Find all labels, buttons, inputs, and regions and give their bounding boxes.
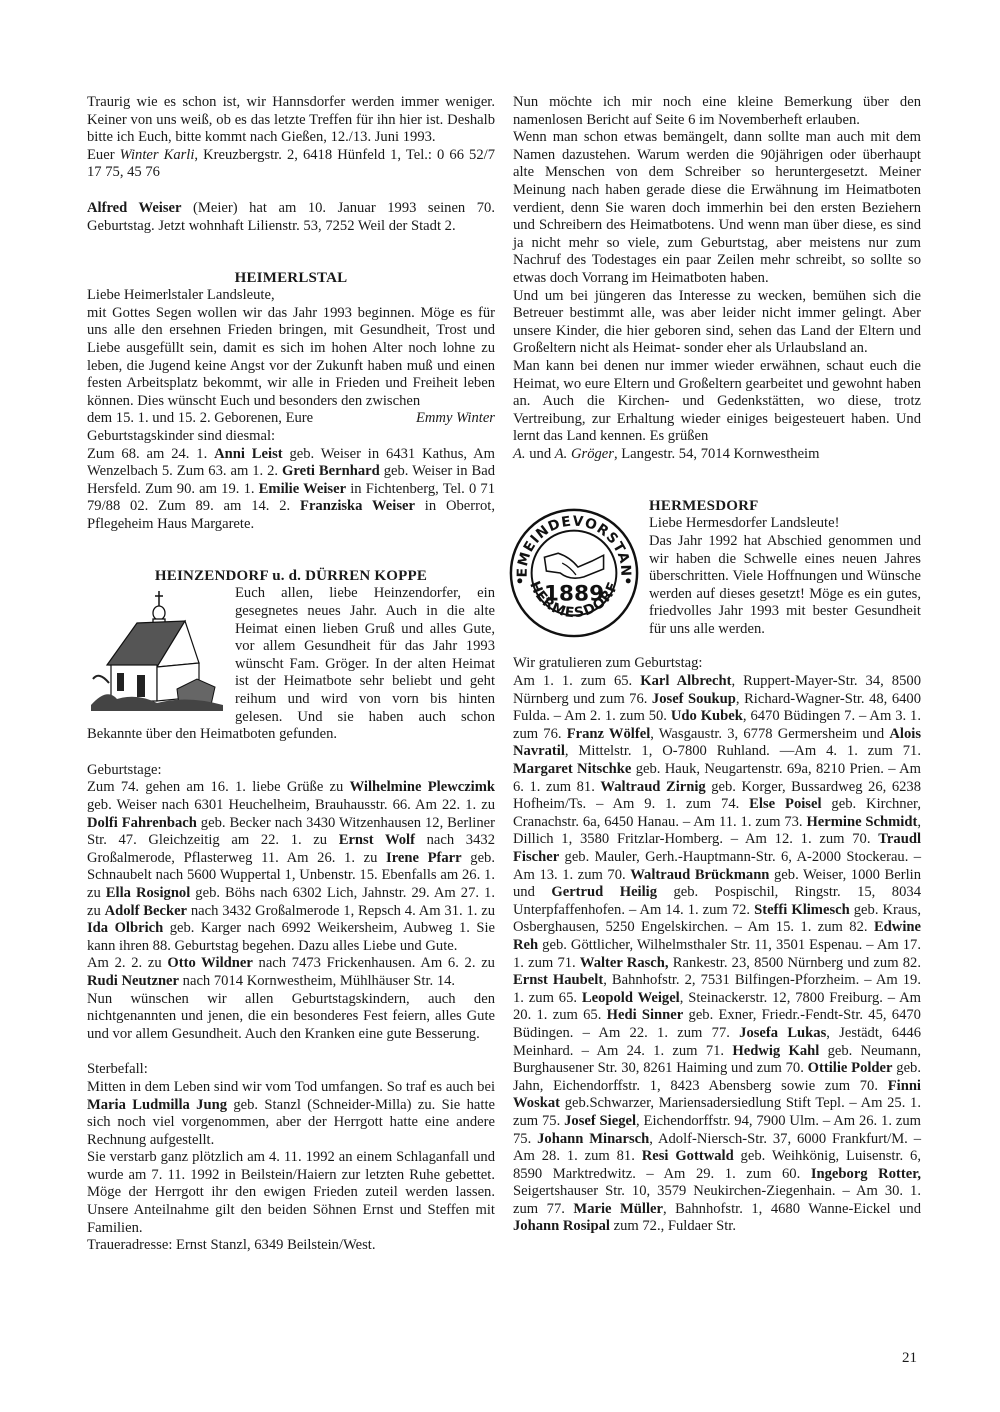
person-name: Ella Rosignol <box>106 885 191 901</box>
person-name: Margaret Nitschke <box>513 761 631 777</box>
death-notice-label: Sterbefall: <box>87 1061 495 1079</box>
person-name: Edwine Reh <box>513 919 921 953</box>
letter-paragraph-2: Wenn man schon etwas bemängelt, dann sol… <box>513 129 921 287</box>
heinzendorf-birthdays: Zum 74. gehen am 16. 1. liebe Grüße zu W… <box>87 779 495 955</box>
mourning-address: Traueradresse: Ernst Stanzl, 6349 Beilst… <box>87 1237 495 1255</box>
person-name: Ottilie Polder <box>808 1060 893 1076</box>
person-name: Josef Soukup <box>652 691 736 707</box>
hermesdorf-birthdays: Am 1. 1. zum 65. Karl Albrecht, Ruppert-… <box>513 673 921 1236</box>
section-heading-heinzendorf: HEINZENDORF u. d. DÜRREN KOPPE <box>87 567 495 585</box>
letter-signature: A. und A. Gröger, Langestr. 54, 7014 Kor… <box>513 446 921 464</box>
page-number: 21 <box>902 1350 917 1367</box>
heinzendorf-birthdays-label: Geburtstage: <box>87 762 495 780</box>
heimerlstal-birthdays: Zum 68. am 24. 1. Anni Leist geb. Weiser… <box>87 446 495 534</box>
heimerlstal-greeting: Liebe Heimerlstaler Landsleute, <box>87 287 495 305</box>
municipal-seal-icon: GEMEINDEVORSTAND HERMESDORF 1889 <box>505 501 643 641</box>
person-name: Adolf Becker <box>105 903 187 919</box>
death-notice-details: Sie verstarb ganz plötzlich am 4. 11. 19… <box>87 1149 495 1237</box>
heinzendorf-birthdays-feb: Am 2. 2. zu Otto Wildner nach 7473 Frick… <box>87 955 495 990</box>
heimerlstal-birthdays-intro: Geburtstagskinder sind diesmal: <box>87 428 495 446</box>
person-name: Hedwig Kahl <box>732 1043 819 1059</box>
left-column: Traurig wie es schon ist, wir Hannsdorfe… <box>87 94 495 1255</box>
alfred-weiser-notice: Alfred Weiser (Meier) hat am 10. Januar … <box>87 200 495 235</box>
letter-paragraph-1: Nun möchte ich mir noch eine kleine Beme… <box>513 94 921 129</box>
person-name: Otto Wildner <box>167 955 252 971</box>
person-name: Josefa Lukas <box>739 1025 826 1041</box>
person-name: Hermine Schmidt <box>806 814 917 830</box>
person-name: Josef Siegel <box>564 1113 636 1129</box>
person-name: Ida Olbrich <box>87 920 163 936</box>
person-name: Ernst Haubelt <box>513 972 603 988</box>
person-name: Johann Rosipal <box>513 1218 610 1234</box>
letter-paragraph-3: Und um bei jüngeren das Interesse zu wec… <box>513 288 921 358</box>
person-name: Irene Pfarr <box>386 850 462 866</box>
person-name: Resi Gottwald <box>642 1148 734 1164</box>
person-name: Traudl Fischer <box>513 831 921 865</box>
person-name: Marie Müller <box>573 1201 663 1217</box>
person-name: Waltraud Zirnig <box>600 779 705 795</box>
person-name: Franz Wölfel <box>567 726 651 742</box>
person-name: Franziska Weiser <box>300 498 415 514</box>
person-name: Walter Rasch, <box>580 955 669 971</box>
person-name: Steffi Klimesch <box>754 902 850 918</box>
section-heading-heimerlstal: HEIMERLSTAL <box>87 269 495 287</box>
right-column: Nun möchte ich mir noch eine kleine Beme… <box>513 94 921 1236</box>
person-name: Leopold Weigel <box>582 990 680 1006</box>
person-name: Wilhelmine Plewczimk <box>350 779 495 795</box>
letter-paragraph-4: Man kann bei denen nur immer wieder erwä… <box>513 358 921 446</box>
person-name: Gertrud Heilig <box>551 884 657 900</box>
church-illustration-icon <box>87 587 227 713</box>
person-name: Hedi Sinner <box>607 1007 684 1023</box>
person-name: Karl Albrecht <box>640 673 731 689</box>
heimerlstal-body: mit Gottes Segen wollen wir das Jahr 199… <box>87 305 495 411</box>
person-name: Dolfi Fahrenbach <box>87 815 197 831</box>
person-name: Ingeborg Rotter, <box>811 1166 921 1182</box>
signature-name: Winter Karli <box>120 147 195 163</box>
person-name: Rudi Neutzner <box>87 973 179 989</box>
heimerlstal-signature: dem 15. 1. und 15. 2. Geborenen, Eure Em… <box>87 410 495 428</box>
person-name: Johann Minarsch <box>537 1131 649 1147</box>
person-name: Else Poisel <box>749 796 821 812</box>
svg-text:1889: 1889 <box>544 582 604 607</box>
person-name: Udo Kubek <box>671 708 743 724</box>
death-notice: Mitten in dem Leben sind wir vom Tod umf… <box>87 1079 495 1149</box>
person-name: Emilie Weiser <box>259 481 346 497</box>
heinzendorf-wishes: Nun wünschen wir allen Geburtstagskinder… <box>87 991 495 1044</box>
person-name: Finni Woskat <box>513 1078 921 1112</box>
person-name: Anni Leist <box>214 446 283 462</box>
person-name: Waltraud Brückmann <box>630 867 769 883</box>
intro-paragraph: Traurig wie es schon ist, wir Hannsdorfe… <box>87 94 495 147</box>
hermesdorf-congrats-label: Wir gratulieren zum Geburtstag: <box>513 655 921 673</box>
intro-signature: Euer Winter Karli, Kreuzbergstr. 2, 6418… <box>87 147 495 182</box>
person-name: Ernst Wolf <box>339 832 415 848</box>
person-name: Greti Bernhard <box>282 463 380 479</box>
